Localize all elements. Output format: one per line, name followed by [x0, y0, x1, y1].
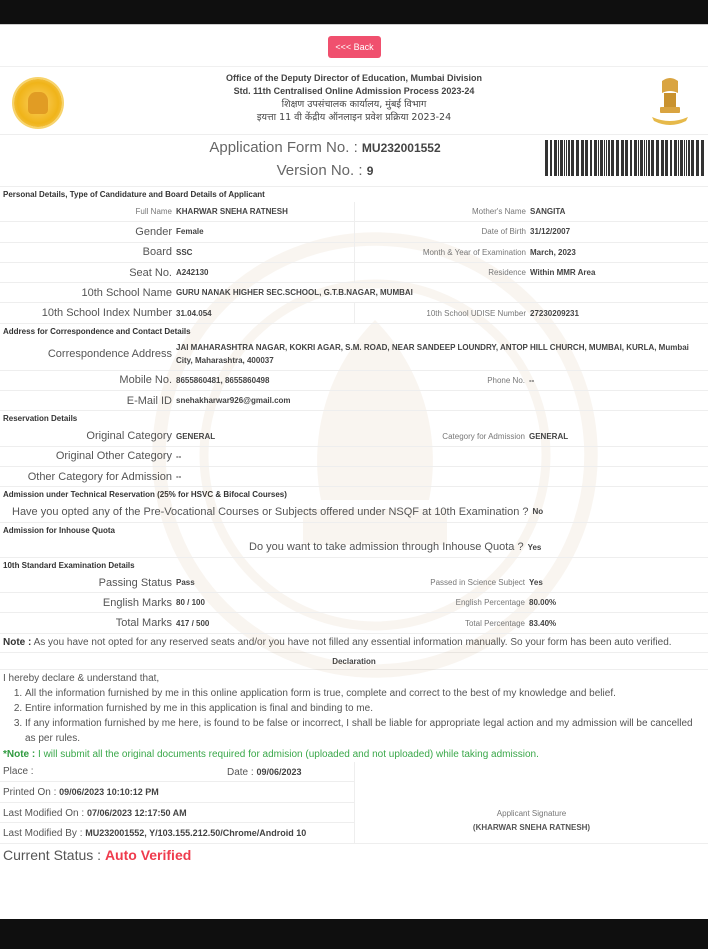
modified-by-value: MU232001552, Y/103.155.212.50/Chrome/And… — [85, 828, 306, 838]
science-value: Yes — [529, 578, 543, 587]
declaration-intro: I hereby declare & understand that, — [3, 671, 705, 686]
school-name-value: GURU NANAK HIGHER SEC.SCHOOL, G.T.B.NAGA… — [176, 288, 413, 297]
header-line-3: शिक्षण उपसंचालक कार्यालय, मुंबई विभाग — [0, 98, 708, 111]
modified-on-label: Last Modified On : — [3, 808, 84, 819]
inhouse-question: Do you want to take admission through In… — [249, 541, 528, 553]
table-row: Seat No.A242130 ResidenceWithin MMR Area — [0, 263, 708, 283]
original-other-category-label: Original Other Category — [0, 450, 176, 462]
table-row: BoardSSC Month & Year of ExaminationMarc… — [0, 243, 708, 263]
documents-note-label: *Note : — [3, 749, 35, 760]
passing-status-value: Pass — [176, 578, 195, 587]
full-name-value: KHARWAR SNEHA RATNESH — [176, 207, 288, 216]
seat-label: Seat No. — [0, 267, 176, 279]
header-line-4: इयत्ता 11 वी केंद्रीय ऑनलाइन प्रवेश प्रक… — [0, 111, 708, 124]
top-black-bar — [0, 0, 708, 24]
printed-on-label: Printed On : — [3, 787, 56, 798]
table-row: Other Category for Admission-- — [0, 467, 708, 487]
exam-month-value: March, 2023 — [530, 248, 576, 257]
date-value: 09/06/2023 — [256, 767, 301, 777]
form-footer: Place : Date : 09/06/2023 Printed On : 0… — [0, 762, 708, 862]
signature-name: (KHARWAR SNEHA RATNESH) — [355, 823, 708, 832]
declaration-item: If any information furnished by me here,… — [25, 716, 705, 746]
back-button[interactable]: <<< Back — [328, 36, 381, 58]
table-row: 10th School Index Number31.04.054 10th S… — [0, 303, 708, 323]
english-pct-label: English Percentage — [354, 598, 529, 607]
form-header: Office of the Deputy Director of Educati… — [0, 67, 708, 135]
exam-month-label: Month & Year of Examination — [355, 248, 530, 257]
header-line-2: Std. 11th Centralised Online Admission P… — [0, 85, 708, 98]
documents-note: *Note : I will submit all the original d… — [0, 747, 708, 762]
declaration-list: All the information furnished by me in t… — [3, 686, 705, 746]
board-label: Board — [0, 246, 176, 258]
table-row: Passing StatusPass Passed in Science Sub… — [0, 573, 708, 593]
declaration-title: Declaration — [0, 653, 708, 670]
original-other-category-value: -- — [176, 452, 181, 461]
phone-label: Phone No. — [354, 376, 529, 385]
application-number-block: Application Form No. : MU232001552 Versi… — [0, 135, 708, 187]
english-marks-label: English Marks — [0, 597, 176, 609]
phone-value: -- — [529, 376, 534, 385]
note-text: As you have not opted for any reserved s… — [34, 637, 672, 648]
documents-note-text: I will submit all the original documents… — [38, 749, 539, 760]
other-admission-category-label: Other Category for Admission — [0, 471, 176, 483]
modified-on-row: Last Modified On : 07/06/2023 12:17:50 A… — [0, 803, 354, 824]
english-pct-value: 80.00% — [529, 598, 556, 607]
total-marks-value: 417 / 500 — [176, 619, 209, 628]
mother-name-value: SANGITA — [530, 207, 565, 216]
nsqf-answer: No — [532, 507, 543, 516]
full-name-label: Full Name — [0, 207, 176, 216]
auto-verify-note: Note : As you have not opted for any res… — [0, 634, 708, 653]
signature-label: Applicant Signature — [355, 809, 708, 818]
version-value: 9 — [367, 164, 374, 178]
form-no-label: Application Form No. : — [209, 139, 357, 156]
section-reservation-title: Reservation Details — [0, 411, 708, 426]
seat-value: A242130 — [176, 268, 208, 277]
dob-label: Date of Birth — [355, 227, 530, 236]
date-label: Date : — [227, 767, 254, 778]
barcode-icon — [545, 140, 705, 176]
table-row: Have you opted any of the Pre-Vocational… — [0, 502, 708, 522]
declaration-item: Entire information furnished by me in th… — [25, 701, 705, 716]
table-row: GenderFemale Date of Birth31/12/2007 — [0, 222, 708, 242]
english-marks-value: 80 / 100 — [176, 598, 205, 607]
residence-value: Within MMR Area — [530, 268, 595, 277]
bottom-black-bar — [0, 919, 708, 949]
science-label: Passed in Science Subject — [354, 578, 529, 587]
table-row: Do you want to take admission through In… — [0, 538, 708, 558]
declaration-body: I hereby declare & understand that, All … — [0, 670, 708, 747]
total-pct-value: 83.40% — [529, 619, 556, 628]
admission-category-value: GENERAL — [529, 432, 568, 441]
gender-label: Gender — [0, 226, 176, 238]
section-technical-title: Admission under Technical Reservation (2… — [0, 487, 708, 502]
school-index-value: 31.04.054 — [176, 309, 212, 318]
udise-label: 10th School UDISE Number — [355, 309, 530, 318]
modified-on-value: 07/06/2023 12:17:50 AM — [87, 808, 187, 818]
passing-status-label: Passing Status — [0, 577, 176, 589]
table-row: E-Mail IDsnehakharwar926@gmail.com — [0, 391, 708, 411]
school-index-label: 10th School Index Number — [0, 307, 176, 319]
header-line-1: Office of the Deputy Director of Educati… — [0, 72, 708, 85]
printed-on-value: 09/06/2023 10:10:12 PM — [59, 787, 159, 797]
email-label: E-Mail ID — [0, 395, 176, 407]
table-row: Correspondence AddressJAI MAHARASHTRA NA… — [0, 339, 708, 371]
residence-label: Residence — [355, 268, 530, 277]
section-inhouse-title: Admission for Inhouse Quota — [0, 523, 708, 538]
application-form-page: <<< Back Office of the Deputy Director o… — [0, 24, 708, 919]
table-row: 10th School NameGURU NANAK HIGHER SEC.SC… — [0, 283, 708, 303]
section-address-title: Address for Correspondence and Contact D… — [0, 324, 708, 339]
address-value: JAI MAHARASHTRA NAGAR, KOKRI AGAR, S.M. … — [176, 341, 696, 367]
admission-category-label: Category for Admission — [354, 432, 529, 441]
section-exam-title: 10th Standard Examination Details — [0, 558, 708, 573]
status-badge: Auto Verified — [105, 847, 191, 863]
table-row: Original CategoryGENERAL Category for Ad… — [0, 426, 708, 446]
gender-value: Female — [176, 227, 204, 236]
nsqf-question: Have you opted any of the Pre-Vocational… — [12, 506, 532, 518]
dob-value: 31/12/2007 — [530, 227, 570, 236]
version-label: Version No. : — [277, 162, 363, 179]
total-marks-label: Total Marks — [0, 617, 176, 629]
email-value: snehakharwar926@gmail.com — [176, 396, 291, 405]
table-row: Total Marks417 / 500 Total Percentage83.… — [0, 613, 708, 633]
header-text: Office of the Deputy Director of Educati… — [0, 72, 708, 124]
udise-value: 27230209231 — [530, 309, 579, 318]
current-status: Current Status : Auto Verified — [0, 844, 708, 866]
declaration-item: All the information furnished by me in t… — [25, 686, 705, 701]
mobile-label: Mobile No. — [0, 374, 176, 386]
board-value: SSC — [176, 248, 192, 257]
status-label: Current Status : — [3, 847, 101, 863]
place-date-row: Place : Date : 09/06/2023 — [0, 762, 354, 783]
back-bar: <<< Back — [0, 25, 708, 67]
mobile-value: 8655860481, 8655860498 — [176, 376, 269, 385]
modified-by-label: Last Modified By : — [3, 828, 82, 839]
note-label: Note : — [3, 637, 31, 648]
original-category-label: Original Category — [0, 430, 176, 442]
table-row: English Marks80 / 100 English Percentage… — [0, 593, 708, 613]
school-name-label: 10th School Name — [0, 287, 176, 299]
original-category-value: GENERAL — [176, 432, 215, 441]
signature-block: Applicant Signature (KHARWAR SNEHA RATNE… — [354, 762, 708, 844]
section-personal-title: Personal Details, Type of Candidature an… — [0, 187, 708, 202]
form-no-value: MU232001552 — [362, 141, 441, 155]
table-row: Mobile No.8655860481, 8655860498 Phone N… — [0, 371, 708, 391]
place-label: Place : — [3, 766, 34, 777]
address-label: Correspondence Address — [0, 348, 176, 360]
table-row: Full NameKHARWAR SNEHA RATNESH Mother's … — [0, 202, 708, 222]
inhouse-answer: Yes — [528, 543, 542, 552]
national-emblem-icon — [648, 75, 692, 129]
total-pct-label: Total Percentage — [354, 619, 529, 628]
other-admission-category-value: -- — [176, 472, 181, 481]
printed-on-row: Printed On : 09/06/2023 10:10:12 PM — [0, 782, 354, 803]
mother-name-label: Mother's Name — [355, 207, 530, 216]
modified-by-row: Last Modified By : MU232001552, Y/103.15… — [0, 823, 354, 844]
table-row: Original Other Category-- — [0, 447, 708, 467]
